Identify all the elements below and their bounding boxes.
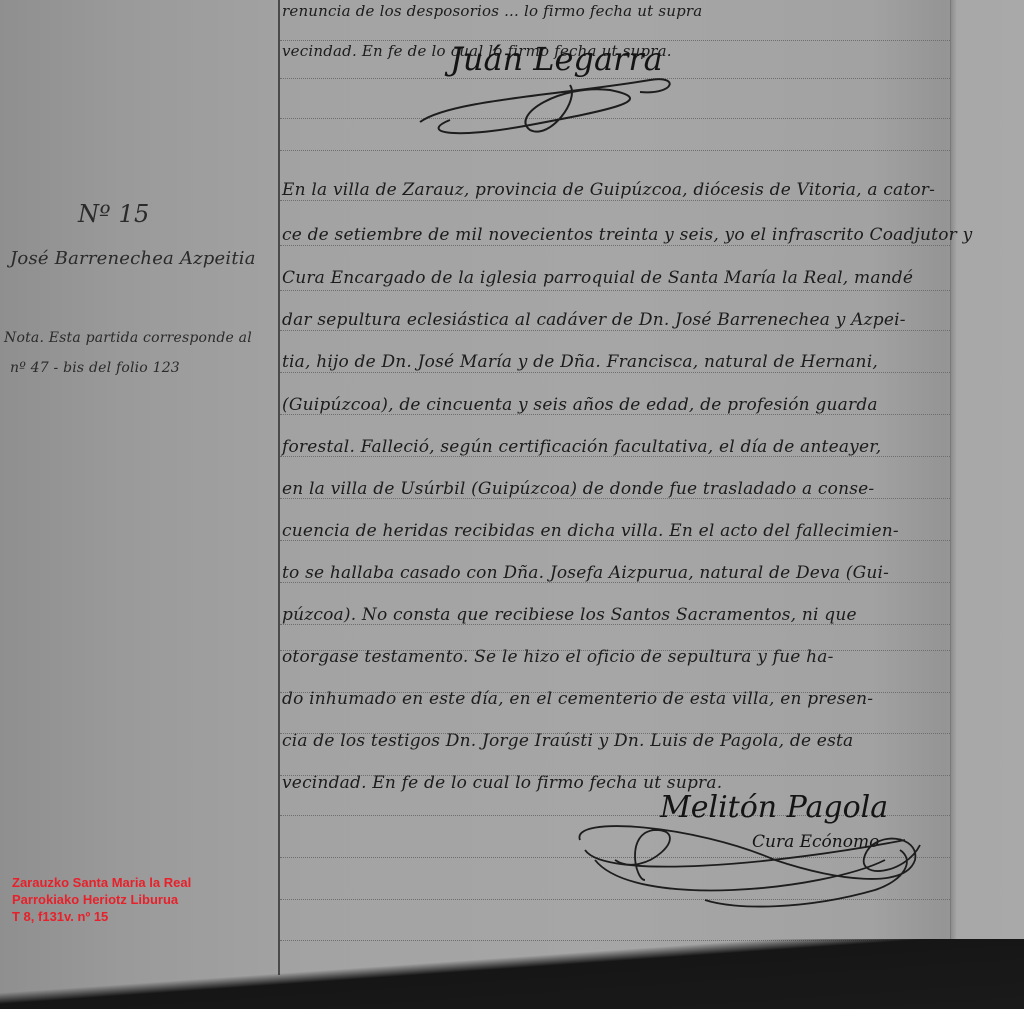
margin-note-line: nº 47 - bis del folio 123 [10,360,180,376]
page-fold-edge [950,0,1024,990]
margin-rule [278,0,280,975]
signature-flourish-icon [410,70,690,140]
entry-line: forestal. Falleció, según certificación … [282,437,881,457]
entry-line: en la villa de Usúrbil (Guipúzcoa) de do… [282,479,874,499]
entry-line: Cura Encargado de la iglesia parroquial … [282,268,913,288]
entry-line: ce de setiembre de mil novecientos trein… [282,225,972,245]
ruled-line [280,245,950,246]
entry-line: cuencia de heridas recibidas en dicha vi… [282,521,899,541]
entry-line: tia, hijo de Dn. José María y de Dña. Fr… [282,352,878,372]
previous-entry-line: renuncia de los desposorios ... lo firmo… [282,2,702,20]
entry-line: vecindad. En fe de lo cual lo firmo fech… [282,773,722,793]
ruled-line [280,330,950,331]
deceased-name-margin: José Barrenechea Azpeitia [10,248,256,269]
scan-shadow [0,939,1024,1009]
entry-number: Nº 15 [78,200,149,228]
archive-reference-stamp: Zarauzko Santa Maria la Real Parrokiako … [12,874,191,925]
margin-note-line: Nota. Esta partida corresponde al [4,330,252,346]
entry-line: cia de los testigos Dn. Jorge Iraústi y … [282,731,853,751]
stamp-line: Zarauzko Santa Maria la Real [12,874,191,891]
signature-flourish-icon [575,820,945,930]
stamp-line: T 8, f131v. nº 15 [12,908,191,925]
entry-line: En la villa de Zarauz, provincia de Guip… [282,180,935,200]
entry-line: (Guipúzcoa), de cincuenta y seis años de… [282,395,878,415]
ruled-line [280,372,950,373]
entry-line: otorgase testamento. Se le hizo el ofici… [282,647,834,667]
ruled-line [280,200,950,201]
entry-line: to se hallaba casado con Dña. Josefa Aiz… [282,563,889,583]
ruled-line [280,150,950,151]
ruled-line [280,290,950,291]
stamp-line: Parrokiako Heriotz Liburua [12,891,191,908]
entry-line: do inhumado en este día, en el cementeri… [282,689,873,709]
register-page: renuncia de los desposorios ... lo firmo… [0,0,1024,1009]
entry-line: púzcoa). No consta que recibiese los San… [282,605,857,625]
entry-line: dar sepultura eclesiástica al cadáver de… [282,310,906,330]
